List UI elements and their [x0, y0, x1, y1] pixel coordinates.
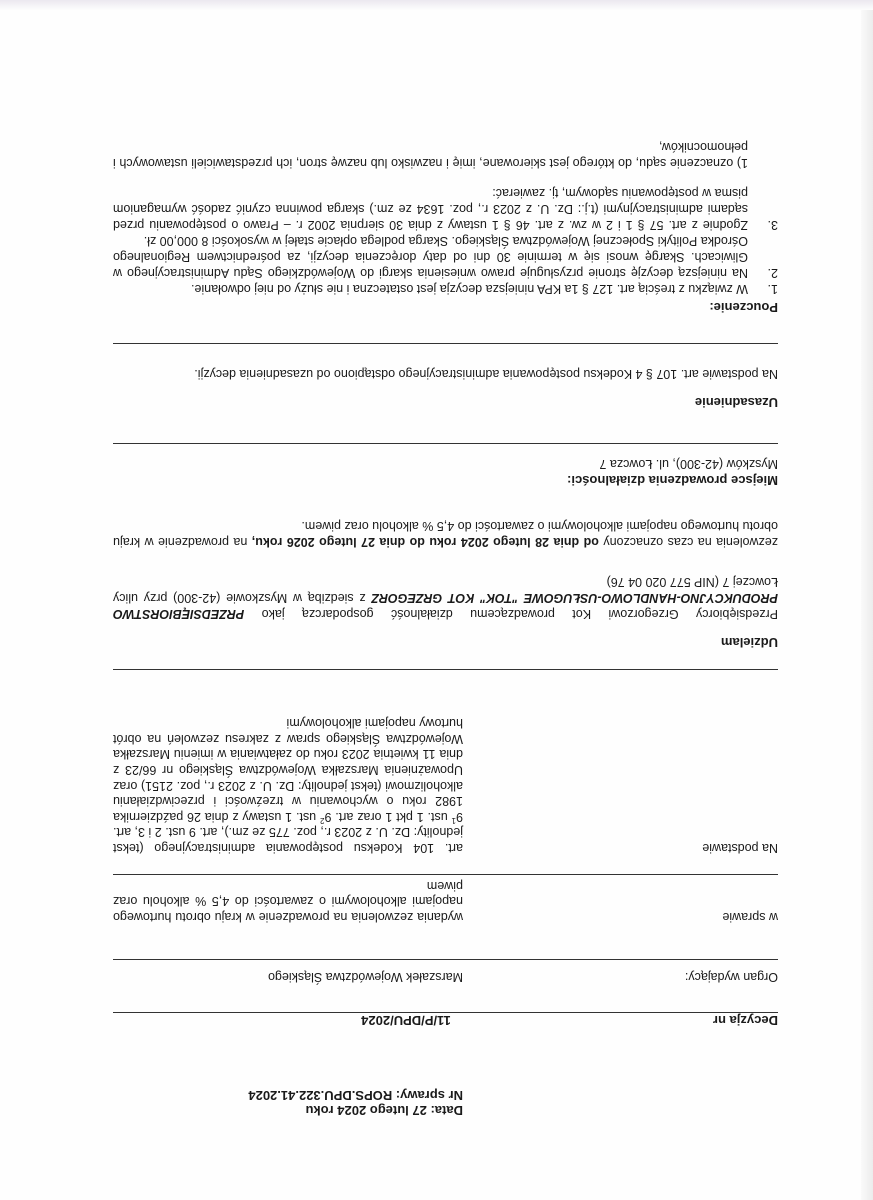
case-number: Nr sprawy: ROPS.DPU.322.41.2024 — [103, 1088, 463, 1103]
instruction-subitem: 1) oznaczenie sądu, do którego jest skie… — [113, 139, 778, 171]
grant-permit-paragraph: zezwolenia na czas oznaczony od dnia 28 … — [113, 518, 778, 550]
item-text: W związku z treścią art. 127 § 1a KPA ni… — [191, 282, 748, 296]
divider — [113, 959, 778, 960]
instruction-item: 2.Na niniejszą decyzję stronie przysługu… — [113, 233, 778, 281]
divider — [113, 443, 778, 444]
legal-basis-text: ust. 1 pkt 1 oraz art. 9 — [324, 810, 451, 824]
justification-text: Na podstawie art. 107 § 4 Kodeksu postęp… — [113, 366, 778, 382]
legal-basis-text: ust. 1 ustawy z dnia 26 października 198… — [113, 716, 463, 824]
document-body: Data: 27 lutego 2024 roku Nr sprawy: ROP… — [113, 0, 778, 1200]
legal-basis-label: Na podstawie — [578, 840, 778, 855]
legal-basis-value: art. 104 Kodeksu postępowania administra… — [113, 715, 463, 855]
scan-edge — [861, 0, 873, 1200]
item-text: Na niniejszą decyzję stronie przysługuje… — [113, 234, 748, 280]
matter-value: wydania zezwolenia na prowadzenie w kraj… — [113, 877, 463, 924]
issuer-label: Organ wydający: — [578, 969, 778, 984]
justification-title: Uzasadnienie — [695, 395, 778, 410]
location-title: Miejsce prowadzenia działalności: — [567, 473, 778, 488]
item-number: 2. — [768, 265, 778, 281]
instruction-title: Pouczenie: — [709, 300, 778, 315]
decision-label: Decyzja nr — [578, 1013, 778, 1028]
instruction-item: 1.W związku z treścią art. 127 § 1a KPA … — [113, 281, 778, 297]
issuer-value: Marszałek Województwa Śląskiego — [113, 968, 463, 984]
item-number: 3. — [768, 217, 778, 233]
location-value: Myszków (42-300), ul. Łowcza 7 — [113, 456, 778, 472]
grant-applicant-paragraph: Przedsiębiorcy Grzegorzowi Kot prowadząc… — [113, 574, 778, 622]
divider — [113, 669, 778, 670]
divider — [113, 874, 778, 875]
instruction-item: 3.Zgodnie z art. 57 § 1 i 2 w zw. z art.… — [113, 185, 778, 233]
grant-title: Udzielam — [721, 635, 778, 650]
item-number: 1. — [768, 281, 778, 297]
grant-text: zezwolenia na czas oznaczony — [599, 535, 778, 549]
superscript: 1 — [452, 816, 456, 825]
document-date: Data: 27 lutego 2024 roku — [103, 1103, 463, 1118]
item-text: Zgodnie z art. 57 § 1 i 2 w zw. z art. 4… — [113, 186, 748, 232]
scanned-document-page: Data: 27 lutego 2024 roku Nr sprawy: ROP… — [0, 0, 873, 1200]
decision-number: 11/P/DPU/2024 — [256, 1013, 556, 1028]
grant-text: Przedsiębiorcy Grzegorzowi Kot prowadząc… — [244, 607, 778, 621]
instruction-list: 1.W związku z treścią art. 127 § 1a KPA … — [113, 139, 778, 297]
divider — [113, 343, 778, 344]
matter-label: w sprawie — [578, 909, 778, 924]
divider — [113, 1012, 778, 1013]
superscript: 2 — [320, 816, 324, 825]
permit-period: od dnia 28 lutego 2024 roku do dnia 27 l… — [252, 535, 599, 549]
